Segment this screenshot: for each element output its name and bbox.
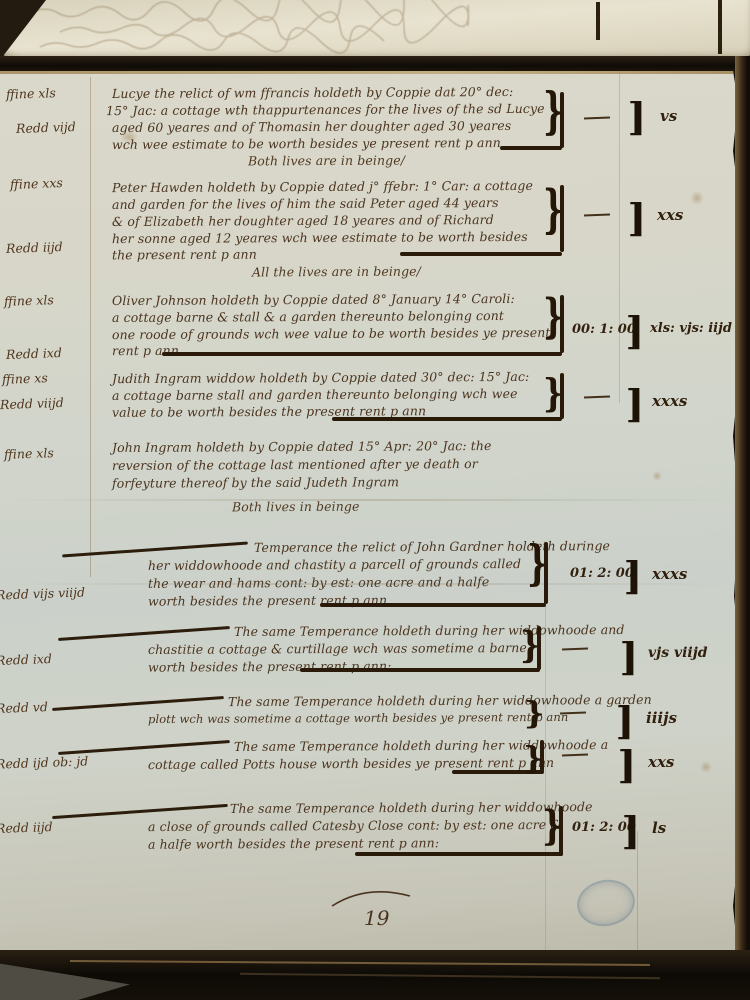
margin-note: Redd ixd	[6, 345, 62, 362]
value-bracket-mark: ]	[616, 698, 635, 743]
entry-line: Oliver Johnson holdeth by Coppie dated 8…	[112, 290, 515, 309]
entry-line: a halfe worth besides the present rent p…	[148, 834, 439, 853]
manuscript-photo: ffine xls Redd vijd Lucye the relict of …	[0, 0, 750, 1000]
margin-note: ffine xls	[6, 85, 56, 102]
margin-note: Redd vd	[0, 699, 48, 716]
entry-line: & of Elizabeth her doughter aged 18 year…	[112, 211, 494, 230]
entry-value: vs	[660, 107, 677, 125]
underline-mark	[400, 252, 562, 256]
margin-note: Redd iijd	[0, 819, 53, 836]
stain-spot	[652, 471, 662, 481]
entry-line: Lucye the relict of wm ffrancis holdeth …	[112, 83, 513, 102]
underline-mark	[500, 146, 562, 150]
brace-mark: }	[543, 288, 564, 343]
paper-crease	[619, 73, 620, 403]
margin-note: ffine xls	[4, 445, 54, 462]
brace-mark: }	[543, 82, 564, 141]
entry-line: the wear and hams cont: by est: one acre…	[148, 573, 489, 592]
entry-line: forfeyture thereof by the said Judeth In…	[112, 473, 399, 492]
entry-value: xxs	[648, 753, 674, 771]
brace-mark: }	[523, 740, 544, 776]
entry-line: The same Temperance holdeth during her w…	[228, 691, 652, 710]
entry-line: her sonne aged 12 yeares wch wee estimat…	[112, 228, 528, 247]
entry-value: vjs viijd	[648, 645, 708, 661]
entry-line: wch wee estimate to be worth besides ye …	[112, 134, 501, 153]
previous-page-edge	[0, 0, 750, 60]
entry-line: plott wch was sometime a cottage worth b…	[148, 709, 568, 728]
entry-value: iiijs	[646, 709, 677, 727]
brace-mark: }	[520, 623, 541, 667]
value-bracket-mark: ]	[618, 742, 637, 787]
paper-crease	[0, 499, 740, 501]
underline-mark	[162, 352, 562, 356]
underline-mark	[300, 668, 540, 672]
entry-line: The same Temperance holdeth during her w…	[234, 736, 608, 755]
margin-note: Redd viijd	[0, 395, 64, 412]
entry-line: one roode of grounds wch wee value to be…	[112, 324, 551, 343]
entry-line: rent p ann	[112, 342, 179, 359]
entry-line: The same Temperance holdeth during her w…	[234, 621, 625, 640]
entry-value: xls: vjs: iijd	[650, 321, 732, 336]
brace-mark: }	[543, 370, 564, 416]
underline-mark	[355, 852, 563, 856]
entry-line: a cottage barne stall and garden thereun…	[112, 385, 518, 404]
entry-line: worth besides the present rent p ann:	[148, 657, 391, 675]
value-bracket-mark: ]	[628, 195, 647, 240]
margin-note: ffine xxs	[10, 175, 63, 192]
margin-note: Redd ixd	[0, 651, 52, 668]
entry-note: Both lives are in beinge/	[248, 152, 405, 170]
entry-line: a close of grounds called Catesby Close …	[148, 816, 562, 835]
entry-line: John Ingram holdeth by Coppie dated 15° …	[112, 437, 492, 456]
entry-note: All the lives are in beinge/	[252, 263, 421, 281]
entry-value: xxs	[657, 206, 683, 224]
entry-value: ls	[652, 819, 666, 837]
value-bracket-mark: ]	[626, 381, 645, 426]
value-bracket-mark: ]	[628, 94, 647, 139]
entry-line: chastitie a cottage & curtillage wch was…	[148, 639, 527, 658]
paper-crease	[90, 77, 91, 577]
stain-spot	[700, 761, 712, 773]
page-stack-edge	[735, 56, 750, 1000]
ink-mark	[596, 2, 600, 40]
ink-mark	[718, 0, 722, 54]
entry-note: Both lives in beinge	[232, 498, 360, 516]
entry-line: and garden for the lives of him the said…	[112, 194, 499, 213]
page-number: 19	[364, 906, 389, 930]
entry-line: The same Temperance holdeth during her w…	[230, 798, 593, 817]
margin-note: ffine xs	[2, 370, 48, 387]
margin-note: Redd iijd	[6, 239, 63, 256]
entry-line: a cottage barne & stall & a garden there…	[112, 307, 504, 326]
value-bracket-mark: ]	[626, 308, 645, 353]
entry-line: reversion of the cottage last mentioned …	[112, 455, 478, 474]
underline-mark	[320, 603, 546, 607]
value-bracket-mark: ]	[620, 634, 639, 679]
entry-line: the present rent p ann	[112, 246, 257, 264]
value-bracket-mark: ]	[624, 553, 643, 598]
showthrough-handwriting	[0, 0, 750, 60]
underline-mark	[332, 417, 562, 421]
margin-note: Redd vijd	[16, 119, 76, 136]
brace-mark: }	[527, 535, 548, 592]
margin-note: Redd vijs viijd	[0, 584, 85, 602]
brace-mark: }	[542, 801, 563, 849]
value-bracket-mark: ]	[622, 808, 641, 853]
brace-mark: }	[543, 179, 564, 240]
entry-line: aged 60 yeares and of Thomasin her dough…	[112, 117, 511, 136]
entry-value: xxxs	[652, 392, 687, 410]
brace-mark: }	[524, 695, 545, 731]
entry-line: her widdowhoode and chastity a parcell o…	[148, 555, 521, 574]
entry-value: xxxs	[652, 565, 687, 583]
margin-note: ffine xls	[4, 292, 54, 309]
stain-spot	[690, 191, 704, 205]
entry-line: Temperance the relict of John Gardner ho…	[254, 537, 610, 556]
